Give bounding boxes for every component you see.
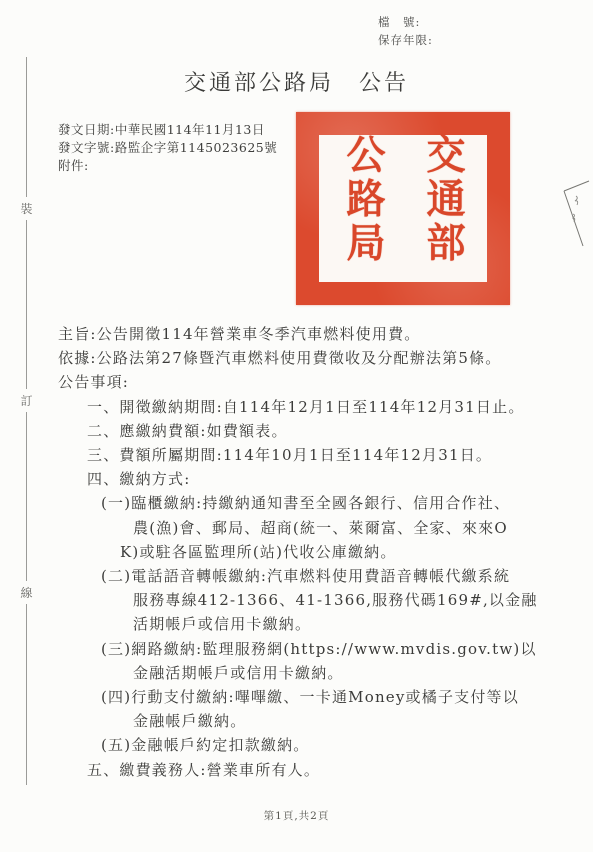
item-5-payer: 五、繳費義務人:營業車所有人。 — [58, 758, 558, 782]
issue-meta: 發文日期:中華民國114年11月13日 發文字號:路監企字第1145023625… — [58, 121, 277, 174]
attachment-line: 附件: — [58, 157, 277, 175]
legal-basis-line: 依據:公路法第27條暨汽車燃料使用費徵收及分配辦法第5條。 — [58, 346, 558, 370]
method-4-mobile-line-1: (四)行動支付繳納:嗶嗶繳、一卡通Money或橘子支付等以 — [58, 685, 558, 709]
method-2-phone-line-1: (二)電話語音轉帳繳納:汽車燃料使用費語音轉帳代繳系統 — [58, 564, 558, 588]
method-1-counter-line-2: 農(漁)會、郵局、超商(統一、萊爾富、全家、來來O — [58, 516, 558, 540]
binding-line — [26, 57, 27, 785]
announcement-body: 主旨:公告開徵114年營業車冬季汽車燃料使用費。 依據:公路法第27條暨汽車燃料… — [58, 322, 558, 782]
method-3-online-line-2: 金融活期帳戶或信用卡繳納。 — [58, 661, 558, 685]
item-2-amount: 二、應繳納費額:如費額表。 — [58, 419, 558, 443]
method-2-phone-line-2: 服務專線412-1366、41-1366,服務代碼169#,以金融 — [58, 588, 558, 612]
items-heading: 公告事項: — [58, 370, 558, 394]
scanned-announcement-page: 裝 訂 線 檔 號: 保存年限: 交通部公路局 公告 發文日期:中華民國114年… — [0, 0, 593, 852]
edge-fold-mark-icon — [556, 176, 593, 252]
method-1-counter-line-3: K)或駐各區監理所(站)代收公庫繳納。 — [58, 540, 558, 564]
method-1-counter-line-1: (一)臨櫃繳納:持繳納通知書至全國各銀行、信用合作社、 — [58, 491, 558, 515]
edge-fold-mark — [556, 176, 593, 252]
item-3-fee-period: 三、費額所屬期間:114年10月1日至114年12月31日。 — [58, 443, 558, 467]
page-number: 第1頁,共2頁 — [0, 808, 593, 823]
item-4-methods: 四、繳納方式: — [58, 467, 558, 491]
method-2-phone-line-3: 活期帳戶或信用卡繳納。 — [58, 612, 558, 636]
method-3-online-line-1: (三)網路繳納:監理服務網(https://www.mvdis.gov.tw)以 — [58, 637, 558, 661]
item-1-period: 一、開徵繳納期間:自114年12月1日至114年12月31日止。 — [58, 395, 558, 419]
binding-mark-ding: 訂 — [19, 389, 34, 412]
method-5-autodebit: (五)金融帳戶約定扣款繳納。 — [58, 733, 558, 757]
issue-number-line: 發文字號:路監企字第1145023625號 — [58, 139, 277, 157]
binding-mark-xian: 線 — [19, 581, 34, 604]
retention-period-label: 保存年限: — [378, 31, 433, 49]
method-4-mobile-line-2: 金融帳戶繳納。 — [58, 709, 558, 733]
file-number-label: 檔 號: — [378, 13, 433, 31]
archival-labels: 檔 號: 保存年限: — [378, 13, 433, 49]
subject-line: 主旨:公告開徵114年營業車冬季汽車燃料使用費。 — [58, 322, 558, 346]
official-seal-characters: 交通部公路局 — [323, 134, 483, 284]
document-title: 交通部公路局 公告 — [0, 66, 593, 97]
binding-mark-zhuang: 裝 — [19, 197, 34, 220]
official-seal: 交通部公路局 — [296, 112, 510, 305]
issue-date-line: 發文日期:中華民國114年11月13日 — [58, 121, 277, 139]
official-seal-inner: 交通部公路局 — [319, 135, 487, 282]
